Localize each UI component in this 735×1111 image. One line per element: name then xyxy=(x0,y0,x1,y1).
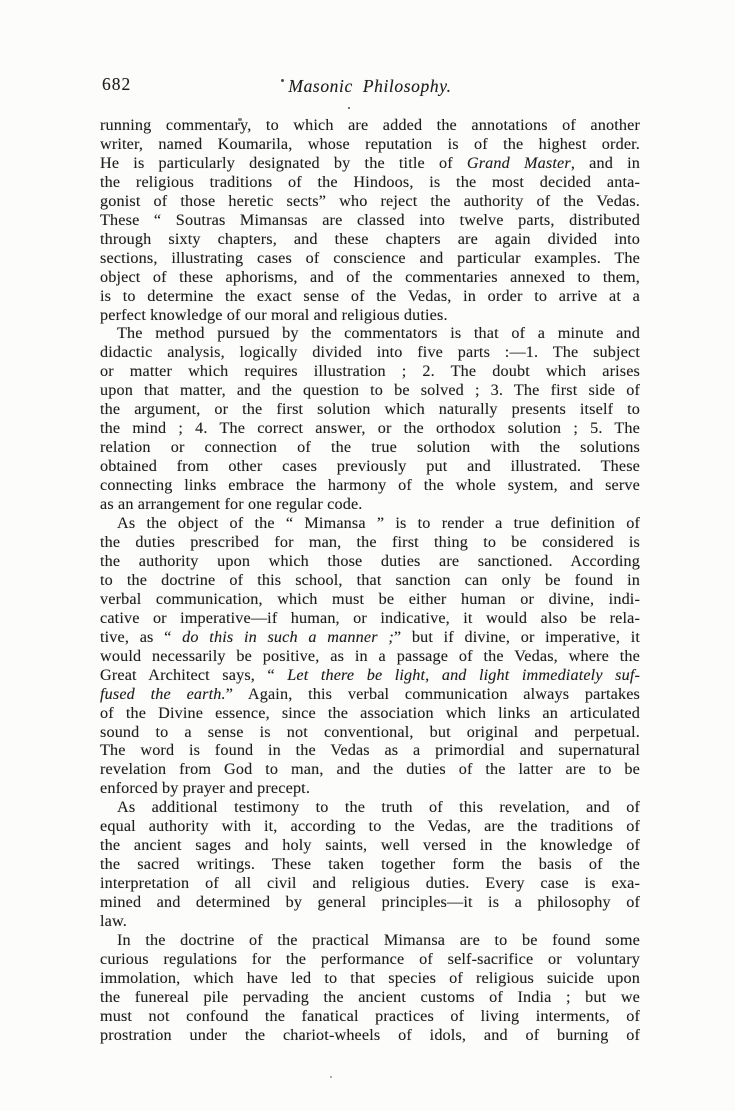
text-line: As additional testimony to the truth of … xyxy=(100,798,640,817)
scan-speck xyxy=(238,118,242,121)
text-line: equal authority with it, according to th… xyxy=(100,817,640,836)
text-line: to the doctrine of this school, that san… xyxy=(100,571,640,590)
text-line: curious regulations for the performance … xyxy=(100,950,640,969)
text-line: the religious traditions of the Hindoos,… xyxy=(100,173,640,192)
text-line: object of these aphorisms, and of the co… xyxy=(100,268,640,287)
scan-speck xyxy=(330,1076,332,1078)
text-line: fused the earth.” Again, this verbal com… xyxy=(100,685,640,704)
text-line: through sixty chapters, and these chapte… xyxy=(100,230,640,249)
text-line: perfect knowledge of our moral and relig… xyxy=(100,306,640,325)
paragraph: In the doctrine of the practical Mimansa… xyxy=(100,931,640,1045)
text-line: didactic analysis, logically divided int… xyxy=(100,343,640,362)
body-text: running commentary, to which are added t… xyxy=(100,116,640,1045)
page-header: 682 Masonic Philosophy. xyxy=(100,74,640,100)
text-line: The word is found in the Vedas as a prim… xyxy=(100,741,640,760)
text-line: verbal communication, which must be eith… xyxy=(100,590,640,609)
text-line: is to determine the exact sense of the V… xyxy=(100,287,640,306)
text-line: interpretation of all civil and religiou… xyxy=(100,874,640,893)
text-line: the argument, or the first solution whic… xyxy=(100,400,640,419)
text-line: the funereal pile pervading the ancient … xyxy=(100,988,640,1007)
scanned-book-page: 682 Masonic Philosophy. running commenta… xyxy=(0,0,735,1111)
text-line: writer, named Koumarila, whose reputatio… xyxy=(100,135,640,154)
text-line: the mind ; 4. The correct answer, or the… xyxy=(100,419,640,438)
text-line: the authority upon which those duties ar… xyxy=(100,552,640,571)
text-line: As the object of the “ Mimansa ” is to r… xyxy=(100,514,640,533)
text-line: obtained from other cases previously put… xyxy=(100,457,640,476)
scan-speck xyxy=(281,79,284,82)
text-line: the sacred writings. These taken togethe… xyxy=(100,855,640,874)
text-line: gonist of those heretic sects” who rejec… xyxy=(100,192,640,211)
text-line: running commentary, to which are added t… xyxy=(100,116,640,135)
text-line: or matter which requires illustration ; … xyxy=(100,362,640,381)
text-line: sections, illustrating cases of conscien… xyxy=(100,249,640,268)
text-line: must not confound the fanatical practice… xyxy=(100,1007,640,1026)
text-line: upon that matter, and the question to be… xyxy=(100,381,640,400)
text-line: the duties prescribed for man, the first… xyxy=(100,533,640,552)
scan-speck xyxy=(348,107,350,109)
text-line: mined and determined by general principl… xyxy=(100,893,640,912)
text-line: connecting links embrace the harmony of … xyxy=(100,476,640,495)
text-line: tive, as “ do this in such a manner ;” b… xyxy=(100,628,640,647)
text-line: sound to a sense is not conventional, bu… xyxy=(100,723,640,742)
text-line: enforced by prayer and precept. xyxy=(100,779,640,798)
text-line: the ancient sages and holy saints, well … xyxy=(100,836,640,855)
text-line: relation or connection of the true solut… xyxy=(100,438,640,457)
text-line: as an arrangement for one regular code. xyxy=(100,495,640,514)
text-line: of the Divine essence, since the associa… xyxy=(100,704,640,723)
text-line: prostration under the chariot-wheels of … xyxy=(100,1026,640,1045)
text-line: would necessarily be positive, as in a p… xyxy=(100,647,640,666)
paragraph: running commentary, to which are added t… xyxy=(100,116,640,324)
paragraph: The method pursued by the commentators i… xyxy=(100,324,640,514)
text-line: In the doctrine of the practical Mimansa… xyxy=(100,931,640,950)
text-line: He is particularly designated by the tit… xyxy=(100,154,640,173)
text-line: law. xyxy=(100,912,640,931)
paragraph: As additional testimony to the truth of … xyxy=(100,798,640,931)
text-line: revelation from God to man, and the duti… xyxy=(100,760,640,779)
text-line: immolation, which have led to that speci… xyxy=(100,969,640,988)
text-line: These “ Soutras Mimansas are classed int… xyxy=(100,211,640,230)
running-header-title: Masonic Philosophy. xyxy=(100,76,640,97)
paragraph: As the object of the “ Mimansa ” is to r… xyxy=(100,514,640,798)
text-line: cative or imperative—if human, or indica… xyxy=(100,609,640,628)
text-line: Great Architect says, “ Let there be lig… xyxy=(100,666,640,685)
text-line: The method pursued by the commentators i… xyxy=(100,324,640,343)
